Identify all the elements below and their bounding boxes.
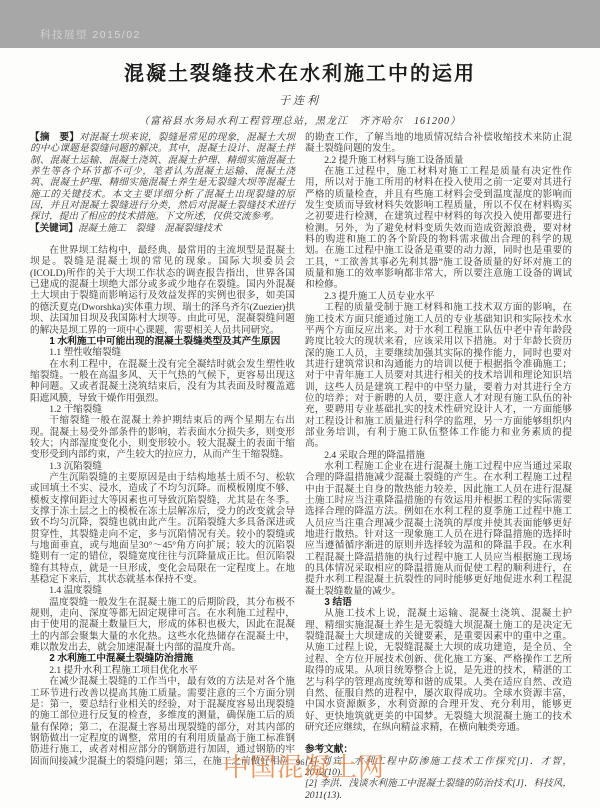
- subsection-heading-1-1: 1.1 塑性收缩裂缝: [30, 347, 295, 358]
- paragraph-2-3: 工程的质量受制于施工材料和施工技术双方面的影响，在施工技术方面只能通过施工人员的…: [305, 302, 572, 449]
- paragraph-1-4: 温度裂缝一般发生在混凝土施工的后期阶段，其分布极不规则，走向、深度等都无固定规律…: [30, 597, 295, 654]
- paragraph-2-2: 在施工过程中，施工材料对施工工程是质量有决定性作用，所以对于施工所用的材料在投入…: [305, 166, 572, 291]
- journal-header-band: 科技展望 2015/02: [0, 0, 600, 48]
- section-heading-2: 2 水利施工中混凝土裂缝防治措施: [30, 653, 295, 664]
- journal-name: 科技展望 2015/02: [40, 27, 141, 42]
- paper-page: 科技展望 2015/02 混凝土裂缝技术在水利施工中的运用 于连利 （富裕县水务…: [0, 0, 600, 808]
- page-number: 96: [296, 757, 305, 767]
- subsection-heading-2-4: 2.4 采取合理的降温措施: [305, 450, 572, 461]
- section-heading-3: 3 结语: [305, 597, 572, 608]
- intro-paragraph: 在世界坝工结构中，最经典、最常用的主流坝型是混凝土坝是。裂缝是混凝土坝的常见的现…: [30, 245, 295, 336]
- paper-title: 混凝土裂缝技术在水利施工中的运用: [0, 57, 600, 86]
- right-column: 的勘查工作，了解当地的地质情况结合补偿收缩技术来防止混凝土裂缝问题的发生。 2.…: [305, 132, 572, 801]
- abstract: 【摘 要】对混凝土坝来说，裂缝是常见的现象，混凝土大坝的中心课题是裂缝问题的解决…: [30, 132, 295, 223]
- paragraph-3: 从施工技术上说，混凝土运输、混凝土浇筑、混凝土护理、精细实施混凝土养生是无裂缝大…: [305, 608, 572, 733]
- subsection-heading-2-2: 2.2 提升施工材料与施工设备质量: [305, 155, 572, 166]
- paragraph-1-1: 在水利工程中，在混凝土没有完全凝结时就会发生塑性收缩裂缝。一般在高温多风、天干气…: [30, 359, 295, 404]
- paragraph-2-1-continued: 的勘查工作，了解当地的地质情况结合补偿收缩技术来防止混凝土裂缝问题的发生。: [305, 132, 572, 155]
- paragraph-1-2: 干缩裂缝一般在混凝土养护期结束后的两个星期左右出现。混凝土易受外部条件的影响，若…: [30, 415, 295, 460]
- keywords-label: 【关键词】: [30, 223, 78, 234]
- author-affiliation: （富裕县水务局水利工程管理总站，黑龙江 齐齐哈尔 161200）: [0, 112, 600, 127]
- author-name: 于连利: [0, 92, 600, 108]
- left-column: 【摘 要】对混凝土坝来说，裂缝是常见的现象，混凝土大坝的中心课题是裂缝问题的解决…: [30, 132, 295, 767]
- abstract-label: 【摘 要】: [30, 132, 79, 143]
- subsection-heading-1-4: 1.4 温度裂缝: [30, 585, 295, 596]
- subsection-heading-1-2: 1.2 干缩裂缝: [30, 404, 295, 415]
- subsection-heading-1-3: 1.3 沉陷裂缝: [30, 461, 295, 472]
- subsection-heading-2-3: 2.3 提升施工人员专业水平: [305, 291, 572, 302]
- paragraph-1-3: 产生沉陷裂缝的主要原因是由于结构地基土质不匀、松软或回填土不实、浸水，造成了不均…: [30, 472, 295, 585]
- paragraph-2-4: 水利工程施工企业在进行混凝土施工过程中应当通过采取合理的降温措施减少混凝土裂缝的…: [305, 461, 572, 597]
- section-heading-1: 1 水利施工中可能出现的混凝土裂缝类型及其产生原因: [30, 336, 295, 347]
- abstract-text: 对混凝土坝来说，裂缝是常见的现象，混凝土大坝的中心课题是裂缝问题的解决。其中，混…: [30, 132, 295, 222]
- subsection-heading-2-1: 2.1 提升水利工程施工项目优化水平: [30, 665, 295, 676]
- keywords: 【关键词】混凝土施工 裂缝 混凝裂缝技术: [30, 223, 295, 234]
- keywords-text: 混凝土施工 裂缝 混凝裂缝技术: [78, 223, 222, 234]
